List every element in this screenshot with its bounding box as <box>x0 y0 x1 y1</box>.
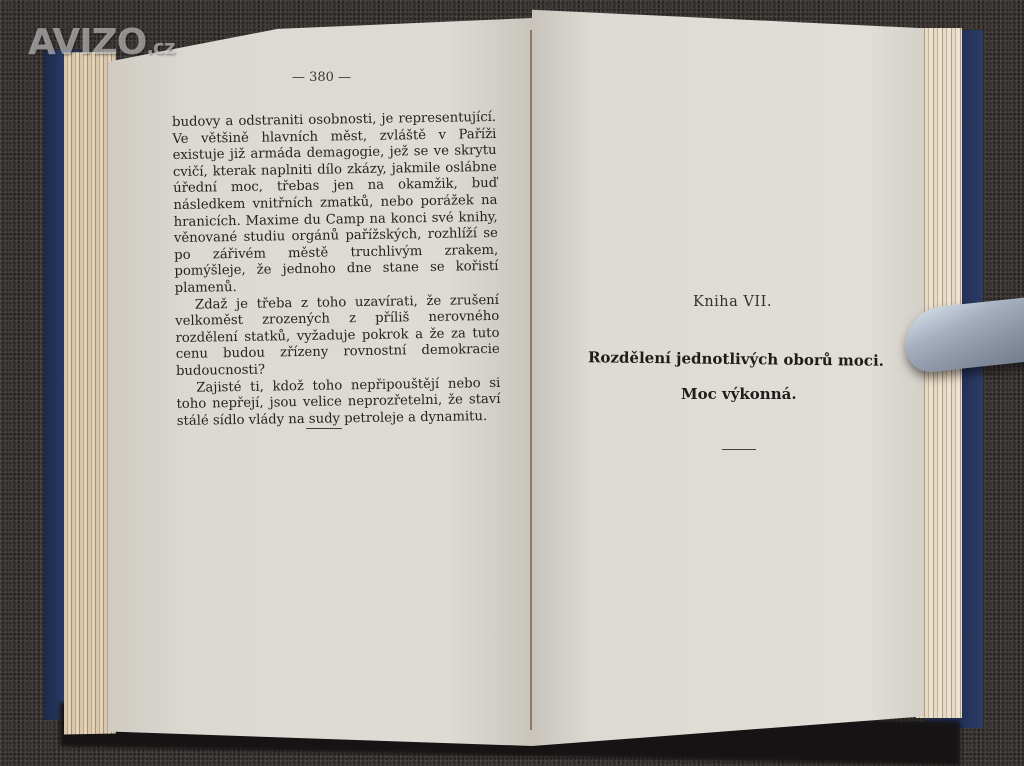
watermark-tld: .cz <box>146 35 174 59</box>
right-page <box>532 6 924 746</box>
book-gutter <box>530 30 532 730</box>
page-number: — 380 — <box>292 70 351 85</box>
section-divider-right <box>722 449 756 450</box>
book-label: Kniha VII. <box>693 294 772 310</box>
paragraph: Zajisté ti, kdož toho nepřipouštějí nebo… <box>176 375 501 430</box>
section-divider-left <box>306 428 342 429</box>
chapter-subheading: Moc výkonná. <box>681 385 797 403</box>
watermark-brand: AVIZO <box>28 22 146 63</box>
left-page-body: budovy a odstraniti osobnosti, je repres… <box>172 110 501 430</box>
paragraph: Zdaž je třeba z toho uzavírati, že zruše… <box>175 292 500 380</box>
paragraph: budovy a odstraniti osobnosti, je repres… <box>172 110 499 298</box>
chapter-heading: Rozdělení jednotlivých oborů moci. <box>588 348 884 370</box>
watermark-logo: AVIZO.cz <box>28 22 174 63</box>
